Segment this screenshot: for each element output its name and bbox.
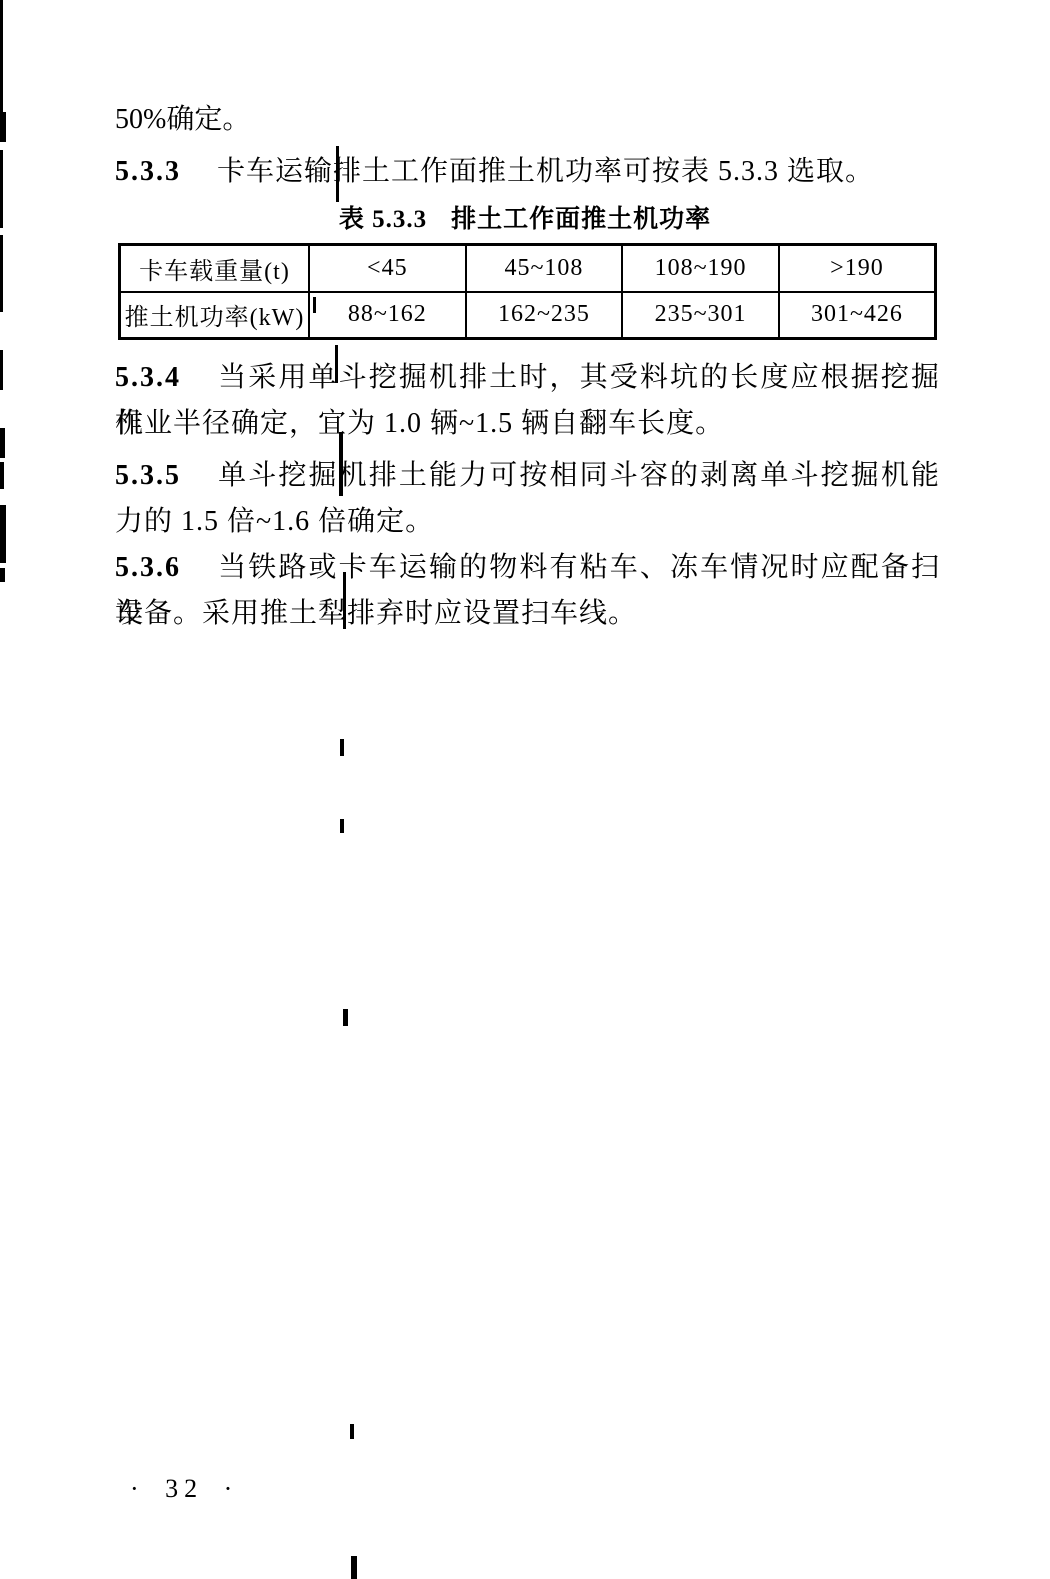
value-cell: 108~190 <box>622 245 779 292</box>
line-text: 单斗挖掘机排土能力可按相同斗容的剥离单斗挖掘机能 <box>217 460 940 491</box>
scan-artifact <box>0 505 6 563</box>
text-line: 5.3.3卡车运输排土工作面推土机功率可按表 5.3.3 选取。 <box>115 149 940 195</box>
table-row: 推土机功率(kW)88~162162~235235~301301~426 <box>120 292 936 339</box>
value-cell: <45 <box>309 245 466 292</box>
section-5-3-5: 5.3.5单斗挖掘机排土能力可按相同斗容的剥离单斗挖掘机能力的 1.5 倍~1.… <box>115 453 940 545</box>
line-text: 卡车运输排土工作面推土机功率可按表 5.3.3 选取。 <box>217 156 874 187</box>
value-cell: 88~162 <box>309 292 466 339</box>
table-caption-label: 表 5.3.3 <box>339 206 427 233</box>
table-row: 卡车载重量(t)<4545~108108~190>190 <box>120 245 936 292</box>
scan-artifact <box>0 350 3 390</box>
section-5-3-3: 5.3.3卡车运输排土工作面推土机功率可按表 5.3.3 选取。 <box>115 149 940 195</box>
value-cell: 235~301 <box>622 292 779 339</box>
table-caption-title: 排土工作面推土机功率 <box>451 206 711 233</box>
scan-artifact <box>0 462 4 489</box>
section-number: 5.3.5 <box>115 460 181 491</box>
table-caption: 表 5.3.3排土工作面推土机功率 <box>0 203 1050 237</box>
section-number: 5.3.6 <box>115 552 181 583</box>
text-line: 5.3.5单斗挖掘机排土能力可按相同斗容的剥离单斗挖掘机能 <box>115 453 940 499</box>
scan-artifact <box>343 1009 348 1026</box>
section-5-3-4: 5.3.4当采用单斗挖掘机排土时，其受料坑的长度应根据挖掘机作业半径确定，宜为 … <box>115 355 940 447</box>
scan-artifact <box>0 112 6 142</box>
text-line: 5.3.4当采用单斗挖掘机排土时，其受料坑的长度应根据挖掘机 <box>115 355 940 401</box>
value-cell: 162~235 <box>466 292 623 339</box>
scan-artifact <box>340 819 344 833</box>
value-cell: 45~108 <box>466 245 623 292</box>
value-cell: 301~426 <box>779 292 936 339</box>
section-number: 5.3.4 <box>115 362 181 393</box>
row-label-cell: 推土机功率(kW) <box>120 292 310 339</box>
scan-artifact <box>340 739 344 756</box>
intro-text-line: 50%确定。 <box>115 97 940 143</box>
section-5-3-6: 5.3.6当铁路或卡车运输的物料有粘车、冻车情况时应配备扫车设备。采用推土犁排弃… <box>115 545 940 637</box>
row-label-cell: 卡车载重量(t) <box>120 245 310 292</box>
scan-artifact <box>0 428 5 458</box>
document-page: 50%确定。 5.3.3卡车运输排土工作面推土机功率可按表 5.3.3 选取。 … <box>0 0 1050 1579</box>
scan-artifact <box>0 235 3 312</box>
scan-artifact <box>0 568 5 582</box>
line-text: 力的 1.5 倍~1.6 倍确定。 <box>115 506 434 537</box>
text-line: 作业半径确定，宜为 1.0 辆~1.5 辆自翻车长度。 <box>115 401 940 447</box>
text-line: 设备。采用推土犁排弃时应设置扫车线。 <box>115 591 940 637</box>
line-text: 设备。采用推土犁排弃时应设置扫车线。 <box>115 598 637 629</box>
scan-artifact <box>350 1424 354 1439</box>
section-number: 5.3.3 <box>115 156 181 187</box>
scan-artifact <box>351 1556 357 1579</box>
value-cell: >190 <box>779 245 936 292</box>
text-line: 5.3.6当铁路或卡车运输的物料有粘车、冻车情况时应配备扫车 <box>115 545 940 591</box>
text-line: 力的 1.5 倍~1.6 倍确定。 <box>115 499 940 545</box>
line-text: 作业半径确定，宜为 1.0 辆~1.5 辆自翻车长度。 <box>115 408 724 439</box>
page-number: · 32 · <box>130 1474 238 1504</box>
bulldozer-power-table-body: 卡车载重量(t)<4545~108108~190>190推土机功率(kW)88~… <box>120 245 936 339</box>
scan-artifact <box>0 0 3 112</box>
bulldozer-power-table: 卡车载重量(t)<4545~108108~190>190推土机功率(kW)88~… <box>118 243 937 340</box>
